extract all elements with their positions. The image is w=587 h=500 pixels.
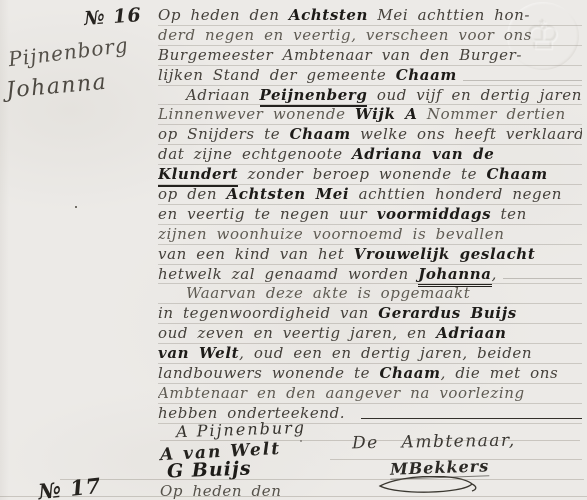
text-segment: Op heden den (158, 6, 289, 26)
record-number: № 16 (83, 4, 142, 30)
text-segment: , (492, 265, 497, 285)
text-segment: achttien honderd negen (349, 185, 562, 205)
official-title: De Ambtenaar, (352, 431, 516, 454)
handwritten-line: van een kind van het Vrouwelijk geslacht (158, 245, 582, 265)
ruled-line (60, 479, 584, 480)
margin-surname: Pijnenborg (7, 33, 130, 72)
next-record-opening: Op heden den (160, 482, 281, 500)
handwritten-line: derd negen en veertig, verscheen voor on… (158, 26, 582, 46)
text-segment: Waarvan deze akte is opgemaakt (186, 284, 470, 304)
ink-speck (300, 440, 302, 442)
text-segment: Adriana van de (352, 145, 494, 165)
handwritten-line: Linnenwever wonende Wijk A Nommer dertie… (158, 105, 582, 125)
text-segment: Achtsten (289, 6, 368, 26)
text-segment: Nommer dertien (418, 105, 566, 125)
text-segment: Wijk A (355, 105, 418, 125)
next-record-number: № 17 (37, 473, 103, 500)
handwritten-line: dat zijne echtgenoote Adriana van de (158, 145, 582, 165)
text-segment: Vrouwelijk geslacht (354, 245, 536, 265)
text-segment: van Welt (158, 344, 239, 364)
text-segment: derd negen en veertig, verscheen voor on… (158, 26, 532, 46)
handwritten-line: Burgemeester Ambtenaar van den Burger- (158, 46, 582, 66)
handwritten-line: zijnen woonhuize voornoemd is bevallen (158, 225, 582, 245)
handwritten-line: lijken Stand der gemeente Chaam (158, 66, 582, 86)
text-segment: zijnen woonhuize voornoemd is bevallen (158, 225, 505, 245)
text-segment: Mei achttien hon- (368, 6, 530, 26)
text-segment: van een kind van het (158, 245, 354, 265)
text-segment: Chaam (396, 66, 457, 86)
text-segment: , die met ons (441, 364, 559, 384)
handwritten-line: oud zeven en veertig jaren, en Adriaan (158, 324, 582, 344)
text-segment: hetwelk zal genaamd worden (158, 265, 418, 285)
handwritten-line: Waarvan deze akte is opgemaakt (158, 284, 582, 304)
handwritten-line: in tegenwoordigheid van Gerardus Buijs (158, 304, 582, 324)
text-segment: ten (491, 205, 527, 225)
text-segment: Adriaan (186, 86, 260, 106)
handwritten-line: van Welt, oud een en dertig jaren, beide… (158, 344, 582, 364)
text-segment: dat zijne echtgenoote (158, 145, 352, 165)
ruled-line (160, 440, 580, 441)
ruled-fill-line (361, 418, 582, 419)
body-lines: Op heden den Achtsten Mei achttien hon-d… (158, 6, 582, 426)
handwritten-line: Adriaan Peijnenberg oud vijf en dertig j… (158, 86, 582, 106)
ruled-fill-line (503, 278, 582, 279)
text-segment: Peijnenberg (260, 86, 368, 108)
text-segment: in tegenwoordigheid van (158, 304, 378, 324)
text-segment: Chaam (379, 364, 440, 384)
handwritten-line: landbouwers wonende te Chaam, die met on… (158, 364, 582, 384)
text-segment: Achtsten Mei (227, 185, 350, 205)
handwritten-line: Ambtenaar en den aangever na voorlezing (158, 384, 582, 404)
handwritten-line: op den Achtsten Mei achttien honderd neg… (158, 185, 582, 205)
text-segment: voormiddags (377, 205, 491, 225)
ink-speck (424, 268, 426, 270)
text-segment: zonder beroep wonende te (238, 165, 486, 185)
text-segment: op den (158, 185, 227, 205)
text-segment: oud zeven en veertig jaren, en (158, 324, 436, 344)
ink-speck (75, 206, 77, 208)
signature-declarant: A Pijnenburg (176, 418, 307, 442)
text-segment: en veertig te negen uur (158, 205, 377, 225)
text-segment: welke ons heeft verklaard (351, 125, 582, 145)
document-page: № 16 Pijnenborg Johanna ♔ Op heden den A… (0, 0, 587, 500)
text-segment: Ambtenaar en den aangever na voorlezing (158, 384, 525, 404)
text-segment: Chaam (290, 125, 351, 145)
handwritten-line: Op heden den Achtsten Mei achttien hon- (158, 6, 582, 26)
text-segment: lijken Stand der gemeente (158, 66, 396, 86)
text-segment: oud vijf en dertig jaren (367, 86, 582, 106)
ruled-fill-line (463, 80, 582, 81)
text-segment: landbouwers wonende te (158, 364, 379, 384)
text-segment: Burgemeester Ambtenaar van den Burger- (158, 46, 522, 66)
text-segment: Gerardus Buijs (378, 304, 517, 324)
text-segment: Adriaan (436, 324, 506, 344)
text-segment: , oud een en dertig jaren, beiden (239, 344, 532, 364)
text-segment: Chaam (487, 165, 548, 185)
handwritten-line: op Snijders te Chaam welke ons heeft ver… (158, 125, 582, 145)
text-segment: Linnenwever wonende (158, 105, 355, 125)
handwritten-line: en veertig te negen uur voormiddags ten (158, 205, 582, 225)
handwritten-line: Klundert zonder beroep wonende te Chaam (158, 165, 582, 185)
text-segment: op Snijders te (158, 125, 290, 145)
ruled-line (330, 459, 582, 460)
text-segment: Klundert (158, 165, 238, 187)
handwritten-line: hetwelk zal genaamd worden Johanna, (158, 265, 582, 285)
margin-firstname: Johanna (5, 70, 108, 104)
